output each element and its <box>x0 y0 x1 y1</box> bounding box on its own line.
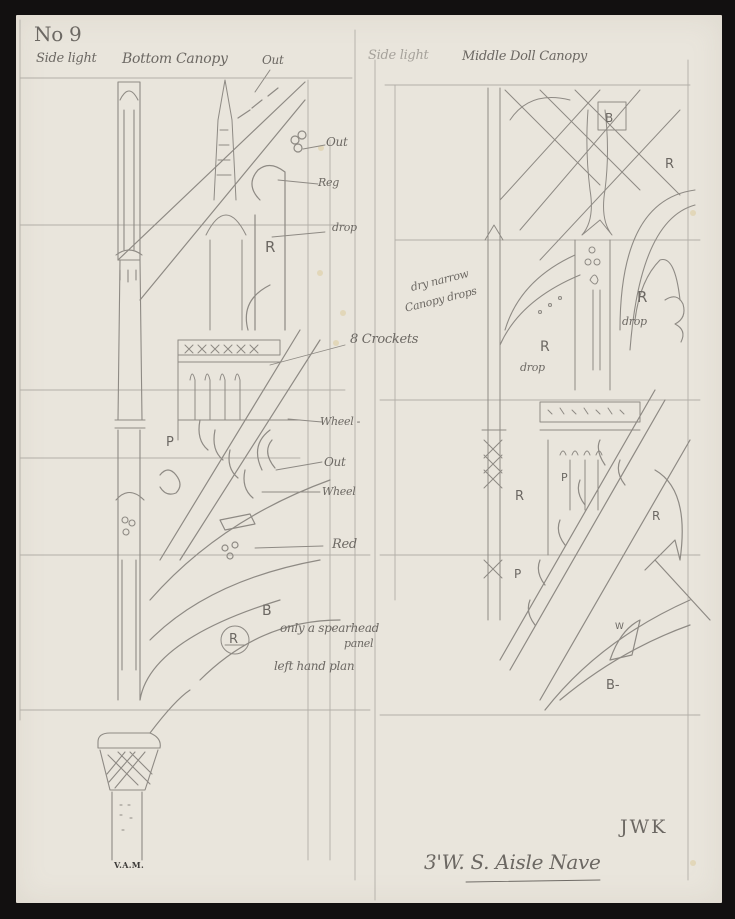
annotation-drop-right-2: drop <box>622 316 647 327</box>
right-diagonal-ribs <box>500 390 710 710</box>
annotation-reg: Reg <box>318 177 339 188</box>
caption-underline <box>466 880 600 882</box>
letter-mark-r-circled: R <box>229 633 238 646</box>
annotation-drop-left: drop <box>332 222 357 233</box>
annotation-out-1: Out <box>326 136 348 148</box>
right-pier <box>482 88 506 620</box>
annotation-wheel-2: Wheel <box>322 486 355 497</box>
letter-mark-p: P <box>561 472 568 483</box>
pencil-sketch <box>0 0 735 919</box>
right-header-side-light: Side light <box>368 49 428 62</box>
artist-initials: JWK <box>620 818 667 837</box>
left-pier <box>115 82 145 700</box>
letter-mark-b: B- <box>606 679 620 692</box>
letter-mark-r: R <box>637 290 647 305</box>
letter-mark-p: P <box>166 436 174 449</box>
left-header-side-light: Side light <box>36 52 96 65</box>
letter-mark-p: P <box>514 568 521 580</box>
letter-mark-r: R <box>652 510 660 522</box>
right-arches <box>500 190 695 350</box>
letter-mark-b: B <box>262 604 272 618</box>
annotation-panel: panel <box>344 638 373 649</box>
left-header-out: Out <box>262 54 284 66</box>
letter-mark-r: R <box>265 240 275 255</box>
vam-stamp: V.A.M. <box>114 860 144 870</box>
sheet-number: No 9 <box>34 24 81 44</box>
right-lattice <box>500 90 680 260</box>
left-spire <box>206 80 246 330</box>
letter-mark-r: R <box>515 490 524 503</box>
annotation-out-2: Out <box>324 456 346 468</box>
annotation-left-hand-plan: left hand plan <box>274 660 354 672</box>
letter-mark-w: W <box>615 623 624 632</box>
caption-aisle-nave: 3'W. S. Aisle Nave <box>424 852 601 872</box>
right-pinnacle <box>575 110 612 390</box>
left-header-bottom-canopy: Bottom Canopy <box>122 52 228 66</box>
left-corbel <box>98 690 190 860</box>
annotation-wheel-1: Wheel - <box>320 416 360 427</box>
right-header-middle-doll-canopy: Middle Doll Canopy <box>462 50 587 63</box>
out-pointer-line <box>255 70 270 92</box>
annotation-8-crockets: 8 Crockets <box>350 333 418 346</box>
letter-mark-b: B <box>605 112 613 124</box>
letter-mark-r: R <box>540 340 550 354</box>
annotation-spearhead: only a spearhead <box>280 622 379 634</box>
annotation-red: Red <box>332 538 357 551</box>
letter-mark-r: R <box>665 158 674 171</box>
right-canopy-box <box>540 402 640 555</box>
left-flying-buttress <box>118 82 306 330</box>
annotation-drop-right-1: drop <box>520 362 545 373</box>
